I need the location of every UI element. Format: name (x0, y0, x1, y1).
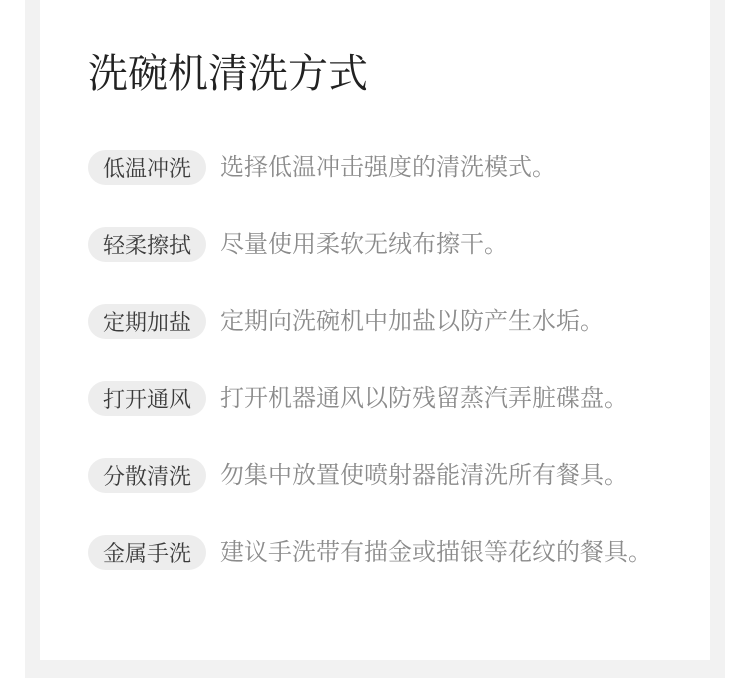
tip-tag-badge: 金属手洗 (88, 535, 206, 570)
bottom-background-band (25, 660, 725, 678)
product-description-page: 洗碗机清洗方式 低温冲洗 选择低温冲击强度的清洗模式。 轻柔擦拭 尽量使用柔软无… (0, 0, 750, 678)
tip-item: 轻柔擦拭 尽量使用柔软无绒布擦干。 (88, 227, 710, 262)
tip-tag-badge: 分散清洗 (88, 458, 206, 493)
tip-description: 勿集中放置使喷射器能清洗所有餐具。 (220, 458, 628, 493)
tip-item: 分散清洗 勿集中放置使喷射器能清洗所有餐具。 (88, 458, 710, 493)
tip-description: 打开机器通风以防残留蒸汽弄脏碟盘。 (220, 381, 628, 416)
tip-tag-badge: 低温冲洗 (88, 150, 206, 185)
tip-tag-badge: 打开通风 (88, 381, 206, 416)
dishwasher-care-section: 洗碗机清洗方式 低温冲洗 选择低温冲击强度的清洗模式。 轻柔擦拭 尽量使用柔软无… (40, 0, 710, 660)
tip-item: 金属手洗 建议手洗带有描金或描银等花纹的餐具。 (88, 535, 710, 570)
tip-item: 定期加盐 定期向洗碗机中加盐以防产生水垢。 (88, 304, 710, 339)
tips-list: 低温冲洗 选择低温冲击强度的清洗模式。 轻柔擦拭 尽量使用柔软无绒布擦干。 定期… (40, 150, 710, 570)
tip-description: 选择低温冲击强度的清洗模式。 (220, 150, 556, 185)
tip-item: 低温冲洗 选择低温冲击强度的清洗模式。 (88, 150, 710, 185)
tip-item: 打开通风 打开机器通风以防残留蒸汽弄脏碟盘。 (88, 381, 710, 416)
tip-tag-badge: 定期加盐 (88, 304, 206, 339)
tip-description: 建议手洗带有描金或描银等花纹的餐具。 (220, 535, 652, 570)
tip-tag-badge: 轻柔擦拭 (88, 227, 206, 262)
tip-description: 尽量使用柔软无绒布擦干。 (220, 227, 508, 262)
right-page-gutter (710, 0, 725, 678)
section-title: 洗碗机清洗方式 (88, 52, 710, 96)
left-page-gutter (25, 0, 40, 678)
tip-description: 定期向洗碗机中加盐以防产生水垢。 (220, 304, 604, 339)
